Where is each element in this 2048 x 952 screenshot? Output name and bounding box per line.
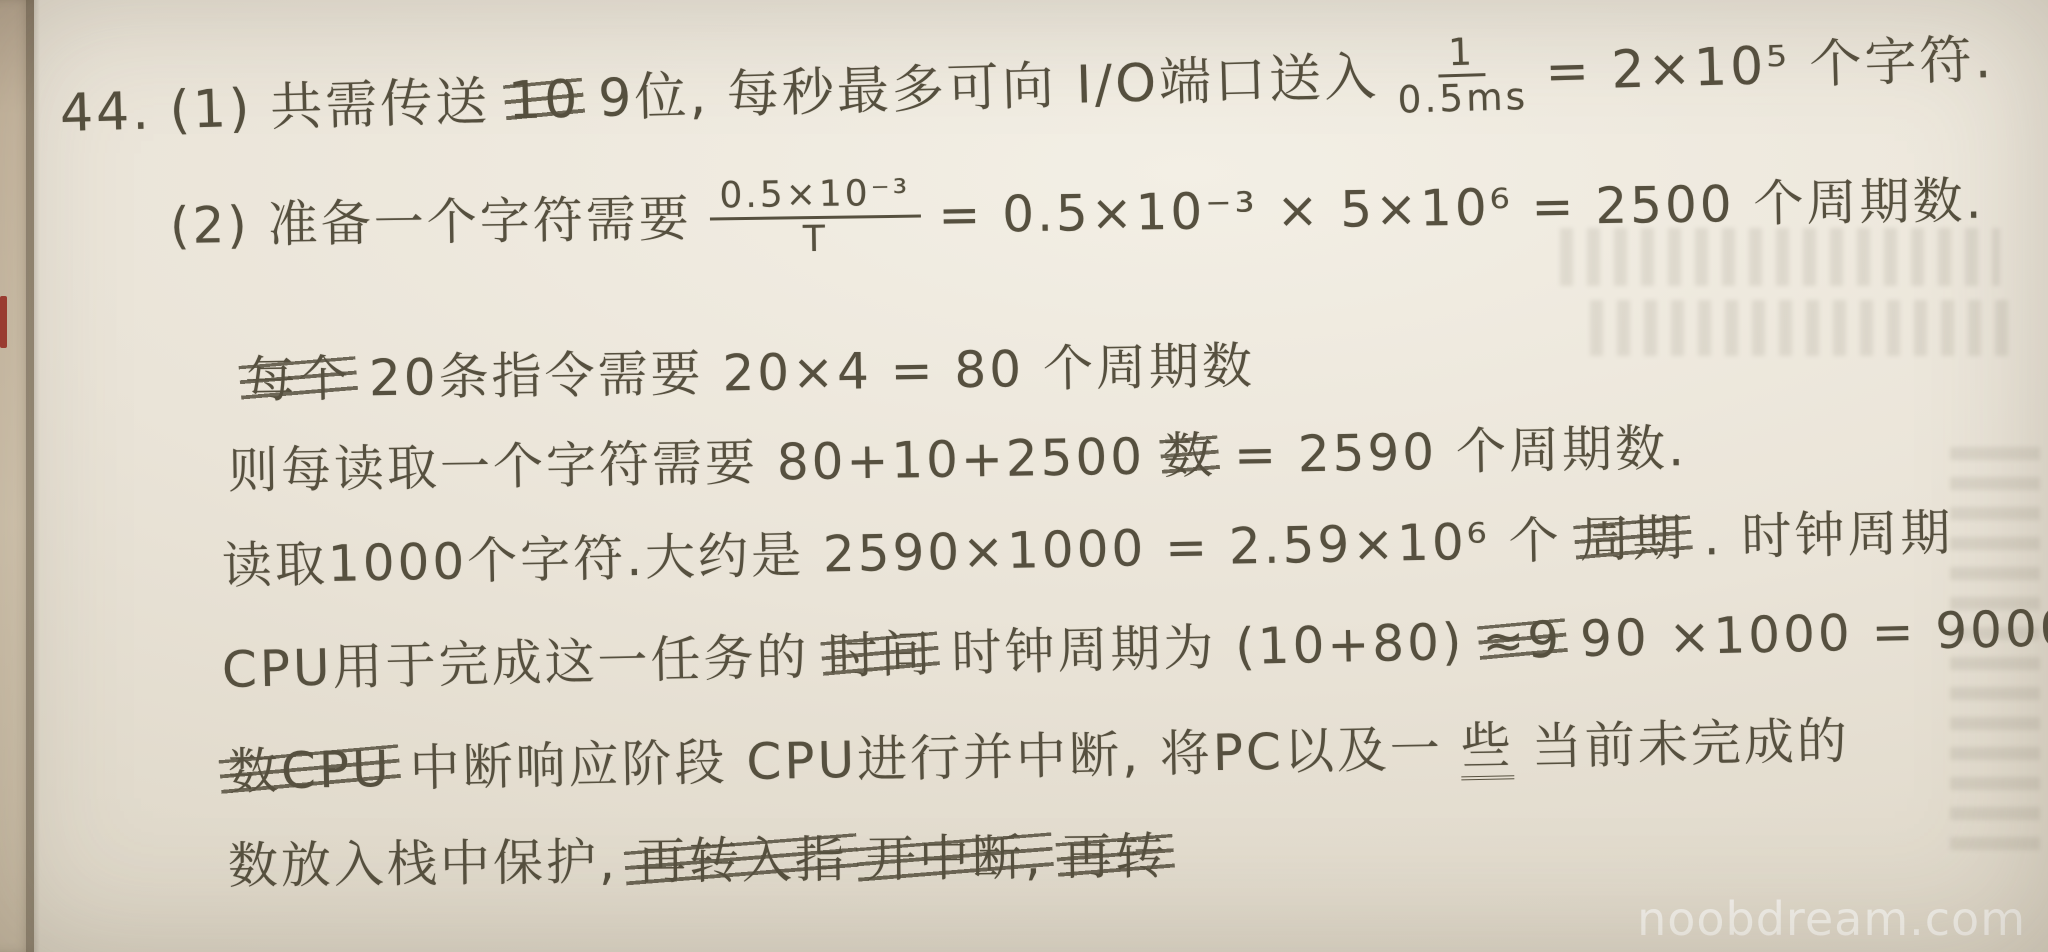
struck-text: 再转 [1061, 828, 1168, 887]
fraction-numerator: 0.5×10⁻³ [709, 175, 920, 221]
text-segment: 44. [59, 82, 152, 144]
text-segment: 9位, [598, 67, 710, 130]
text-segment: 中断响应阶段 CPU进行并中断, 将PC以及一 [409, 721, 1443, 798]
underlined-text: 些 [1460, 717, 1514, 780]
struck-text: 时间 [827, 626, 934, 686]
watermark: noobdream.com [1637, 892, 2026, 946]
text-segment: (2) [170, 196, 251, 255]
handwritten-line-3: 每个20条指令需要 20×4 = 80 个周期数 [245, 338, 1256, 410]
page-gap-shadow [26, 0, 40, 952]
text-segment: 每秒最多可向 I/O端口送入 [726, 48, 1380, 126]
fraction: 0.5×10⁻³T [709, 175, 921, 261]
struck-text: 开中断, [866, 829, 1044, 888]
handwritten-line-5: 读取1000个字符.大约是 2590×1000 = 2.59×10⁶ 个周期. … [221, 505, 1953, 596]
struck-text: 每个 [245, 351, 352, 410]
red-margin-mark [0, 296, 7, 348]
text-segment: = 2×10⁵ 个字符. [1545, 31, 1995, 103]
handwritten-line-1: 44.(1)共需传送109位,每秒最多可向 I/O端口送入10.5ms= 2×1… [59, 18, 1995, 158]
fraction-numerator: 1 [1438, 32, 1486, 78]
notebook-photo: 44.(1)共需传送109位,每秒最多可向 I/O端口送入10.5ms= 2×1… [0, 0, 2048, 952]
fraction-denominator: 0.5ms [1397, 75, 1529, 120]
text-segment: 90 ×1000 = 90000 [1579, 599, 2048, 668]
text-segment: 准备一个字符需要 [267, 190, 692, 253]
text-segment: 当前未完成的 [1531, 713, 1850, 777]
text-segment: 共需传送 [269, 73, 491, 139]
text-segment: 时钟周期为 (10+80) [951, 614, 1465, 683]
handwritten-line-4: 则每读取一个字符需要 80+10+2500数= 2590 个周期数. [228, 420, 1688, 500]
struck-text: ≈9 [1482, 612, 1563, 671]
struck-text: 10 [507, 70, 581, 132]
fraction-denominator: T [803, 219, 829, 259]
text-segment: . 时钟周期 [1703, 505, 1954, 567]
text-segment: = 0.5×10⁻³ × 5×10⁶ = 2500 个周期数. [938, 172, 1985, 244]
handwritten-line-8: 数放入栈中保护,再转入指开中断,再转 [228, 828, 1168, 895]
handwritten-line-7: 数CPU中断响应阶段 CPU进行并中断, 将PC以及一些当前未完成的 [227, 711, 1850, 804]
fraction: 10.5ms [1396, 31, 1529, 120]
text-segment: 读取1000个字符.大约是 2590×1000 = 2.59×10⁶ 个 [221, 512, 1562, 595]
text-segment: 数放入栈中保护, [228, 834, 618, 896]
struck-text: 数CPU [227, 741, 392, 802]
struck-text: 数 [1163, 427, 1217, 485]
text-segment: 则每读取一个字符需要 80+10+2500 [228, 429, 1146, 501]
struck-text: 再转入指 [636, 832, 849, 892]
handwritten-line-2: (2)准备一个字符需要0.5×10⁻³T= 0.5×10⁻³ × 5×10⁶ =… [169, 160, 1985, 268]
handwritten-line-6: CPU用于完成这一任务的时间时钟周期为 (10+80)≈990 ×1000 = … [221, 599, 2048, 699]
struck-text: 周期 [1579, 510, 1686, 570]
ink-bleed-smudge [1590, 300, 2010, 356]
text-segment: = 2590 个周期数. [1234, 420, 1688, 485]
text-segment: CPU用于完成这一任务的 [221, 629, 810, 700]
text-segment: 20条指令需要 20×4 = 80 个周期数 [369, 338, 1256, 408]
text-segment: (1) [169, 80, 253, 142]
